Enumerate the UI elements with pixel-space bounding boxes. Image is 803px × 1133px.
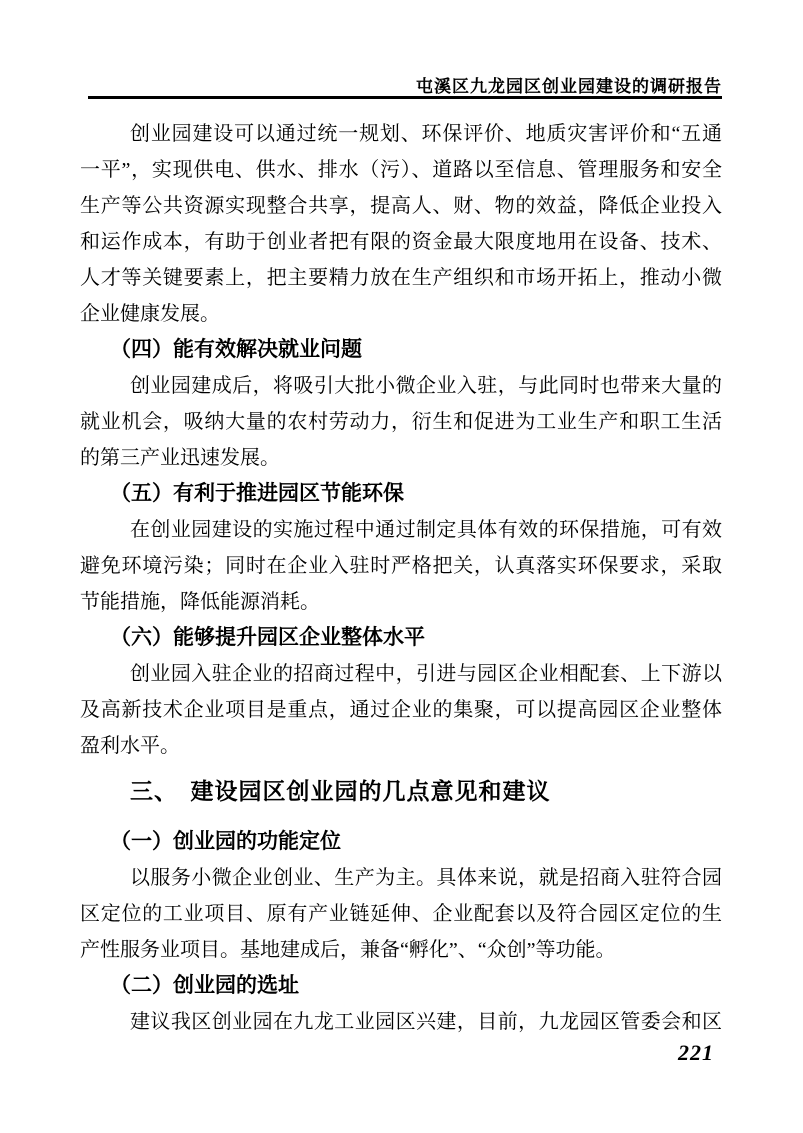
text-line: 产性服务业项目。基地建成后，兼备“孵化”、“众创”等功能。 bbox=[80, 932, 722, 968]
header-rule bbox=[88, 96, 722, 99]
text-line: 区定位的工业项目、原有产业链延伸、企业配套以及符合园区定位的生 bbox=[80, 896, 722, 932]
text-line: 创业园入驻企业的招商过程中，引进与园区企业相配套、上下游以 bbox=[80, 656, 722, 692]
text-line: 及高新技术企业项目是重点，通过企业的集聚，可以提高园区企业整体 bbox=[80, 692, 722, 728]
text-line: 的第三产业迅速发展。 bbox=[80, 440, 722, 476]
text-line: 避免环境污染；同时在企业入驻时严格把关，认真落实环保要求，采取 bbox=[80, 548, 722, 584]
text-line: 创业园建设可以通过统一规划、环保评价、地质灾害评价和“五通 bbox=[80, 116, 722, 152]
header-title: 屯溪区九龙园区创业园建设的调研报告 bbox=[80, 72, 722, 97]
text-line: 创业园建成后，将吸引大批小微企业入驻，与此同时也带来大量的 bbox=[80, 368, 722, 404]
text-line: 盈利水平。 bbox=[80, 728, 722, 764]
text-line: 人才等关键要素上，把主要精力放在生产组织和市场开拓上，推动小微 bbox=[80, 260, 722, 296]
intro-paragraph: 创业园建设可以通过统一规划、环保评价、地质灾害评价和“五通一平”，实现供电、供水… bbox=[80, 116, 722, 332]
text-line: 生产等公共资源实现整合共享，提高人、财、物的效益，降低企业投入 bbox=[80, 188, 722, 224]
document-content: 创业园建设可以通过统一规划、环保评价、地质灾害评价和“五通一平”，实现供电、供水… bbox=[80, 116, 722, 1040]
section-5-paragraph: 在创业园建设的实施过程中通过制定具体有效的环保措施，可有效避免环境污染；同时在企… bbox=[80, 512, 722, 620]
section-6-heading: （六）能够提升园区企业整体水平 bbox=[80, 620, 722, 656]
text-line: 节能措施，降低能源消耗。 bbox=[80, 584, 722, 620]
text-line: 和运作成本，有助于创业者把有限的资金最大限度地用在设备、技术、 bbox=[80, 224, 722, 260]
section-4-paragraph: 创业园建成后，将吸引大批小微企业入驻，与此同时也带来大量的就业机会，吸纳大量的农… bbox=[80, 368, 722, 476]
subsection-1-heading: （一）创业园的功能定位 bbox=[80, 824, 722, 860]
text-line: 以服务小微企业创业、生产为主。具体来说，就是招商入驻符合园 bbox=[80, 860, 722, 896]
text-line: 一平”，实现供电、供水、排水（污）、道路以至信息、管理服务和安全 bbox=[80, 152, 722, 188]
subsection-2-paragraph: 建议我区创业园在九龙工业园区兴建，目前，九龙园区管委会和区 bbox=[80, 1004, 722, 1040]
page-number: 221 bbox=[678, 1040, 714, 1066]
section-5-heading: （五）有利于推进园区节能环保 bbox=[80, 476, 722, 512]
text-line: 就业机会，吸纳大量的农村劳动力，衍生和促进为工业生产和职工生活 bbox=[80, 404, 722, 440]
subsection-1-paragraph: 以服务小微企业创业、生产为主。具体来说，就是招商入驻符合园区定位的工业项目、原有… bbox=[80, 860, 722, 968]
section-6-paragraph: 创业园入驻企业的招商过程中，引进与园区企业相配套、上下游以及高新技术企业项目是重… bbox=[80, 656, 722, 764]
text-line: 在创业园建设的实施过程中通过制定具体有效的环保措施，可有效 bbox=[80, 512, 722, 548]
text-line: 建议我区创业园在九龙工业园区兴建，目前，九龙园区管委会和区 bbox=[80, 1004, 722, 1040]
section-4-heading: （四）能有效解决就业问题 bbox=[80, 332, 722, 368]
document-page: 屯溪区九龙园区创业园建设的调研报告 创业园建设可以通过统一规划、环保评价、地质灾… bbox=[0, 0, 803, 1133]
text-line: 企业健康发展。 bbox=[80, 296, 722, 332]
subsection-2-heading: （二）创业园的选址 bbox=[80, 968, 722, 1004]
chapter-3-heading: 三、 建设园区创业园的几点意见和建议 bbox=[80, 768, 722, 814]
